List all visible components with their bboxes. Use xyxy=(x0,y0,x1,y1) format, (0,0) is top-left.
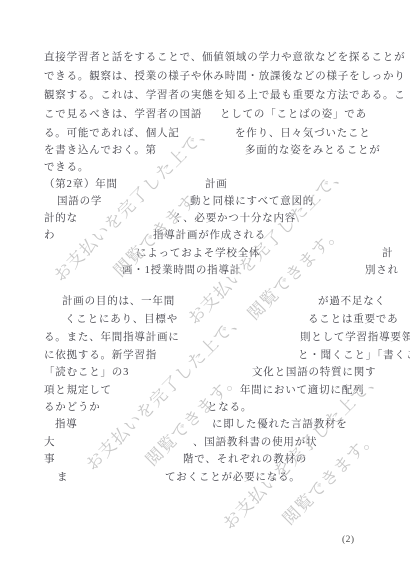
text-segment: ま xyxy=(57,471,68,484)
text-segment: としての「ことばの姿」であ xyxy=(220,108,367,121)
text-segment: 事 xyxy=(44,453,55,466)
text-segment: くことにあり、目標や xyxy=(65,313,178,326)
text-segment: 国語の学 xyxy=(57,195,102,208)
text-segment: ておくことが必要になる。 xyxy=(165,471,301,484)
text-segment: 計的な xyxy=(44,212,78,225)
text-segment: に即した優れた言語教材を xyxy=(212,418,348,431)
text-segment: 計画 xyxy=(205,178,228,191)
text-segment: が過不足なく xyxy=(318,295,386,308)
page-number: (2) xyxy=(342,535,355,545)
text-segment: 動と同様にすべて意図的 xyxy=(190,195,314,208)
text-segment: 指導計画が作成される xyxy=(153,229,266,242)
text-segment: 指導 xyxy=(55,418,78,431)
text-segment: によっておよそ学校全体 xyxy=(136,247,260,260)
text-segment: と・聞くこと」「書くこと」 xyxy=(298,349,410,362)
text-segment: 「読むこと」の3 xyxy=(44,366,129,379)
text-segment: 多面的な姿をみとることが xyxy=(245,144,381,157)
text-segment: るかどうか xyxy=(44,401,101,414)
document-text-layer: 直接学習者と話をすることで、価値領域の学力や意欲などを探ることができる。観察は、… xyxy=(0,0,410,580)
text-segment: 観察する。これは、学習者の実態を知る上で最も重要な方法である。こ xyxy=(44,89,406,102)
text-segment: こで見るべきは、学習者の国語 xyxy=(44,108,202,121)
text-segment: できる。 xyxy=(44,161,89,174)
document-page: 直接学習者と話をすることで、価値領域の学力や意欲などを探ることができる。観察は、… xyxy=(0,0,410,580)
text-segment: く、必要かつ十分な内容 xyxy=(172,212,296,225)
text-segment: を書き込んでおく。第 xyxy=(44,144,157,157)
text-segment: 計画の目的は、一年間 xyxy=(62,295,175,308)
text-segment: わ xyxy=(44,229,55,242)
text-segment: 大 xyxy=(44,436,55,449)
text-segment: 年間において適切に配列 xyxy=(240,384,364,397)
text-segment: 項と規定して xyxy=(44,384,112,397)
text-segment: 計 xyxy=(382,247,393,260)
text-segment: 則として学習指導要領 xyxy=(300,331,410,344)
text-segment: 階で、それぞれの教材の xyxy=(183,453,307,466)
text-segment: できる。観察は、授業の様子や休み時間・放課後などの様子をしっかり xyxy=(44,70,406,83)
text-segment: 画・1授業時間の指導計 xyxy=(122,264,241,277)
text-segment: を作り、日々気づいたこと xyxy=(235,127,371,140)
text-segment: 文化と国語の特質に関す xyxy=(252,366,376,379)
text-segment: る。可能であれば、個人記 xyxy=(44,127,180,140)
text-segment: （第2章）年間 xyxy=(44,178,118,191)
text-segment: となる。 xyxy=(207,401,252,414)
text-segment: 別され xyxy=(365,264,399,277)
text-segment: 直接学習者と話をすることで、価値領域の学力や意欲などを探ることが xyxy=(44,51,405,64)
text-segment: 、国語教科書の使用が状 xyxy=(193,436,317,449)
text-segment: る。また、年間指導計画に xyxy=(44,331,180,344)
text-segment: に依拠する。新学習指 xyxy=(44,349,157,362)
text-segment: ることは重要であ xyxy=(308,313,398,326)
